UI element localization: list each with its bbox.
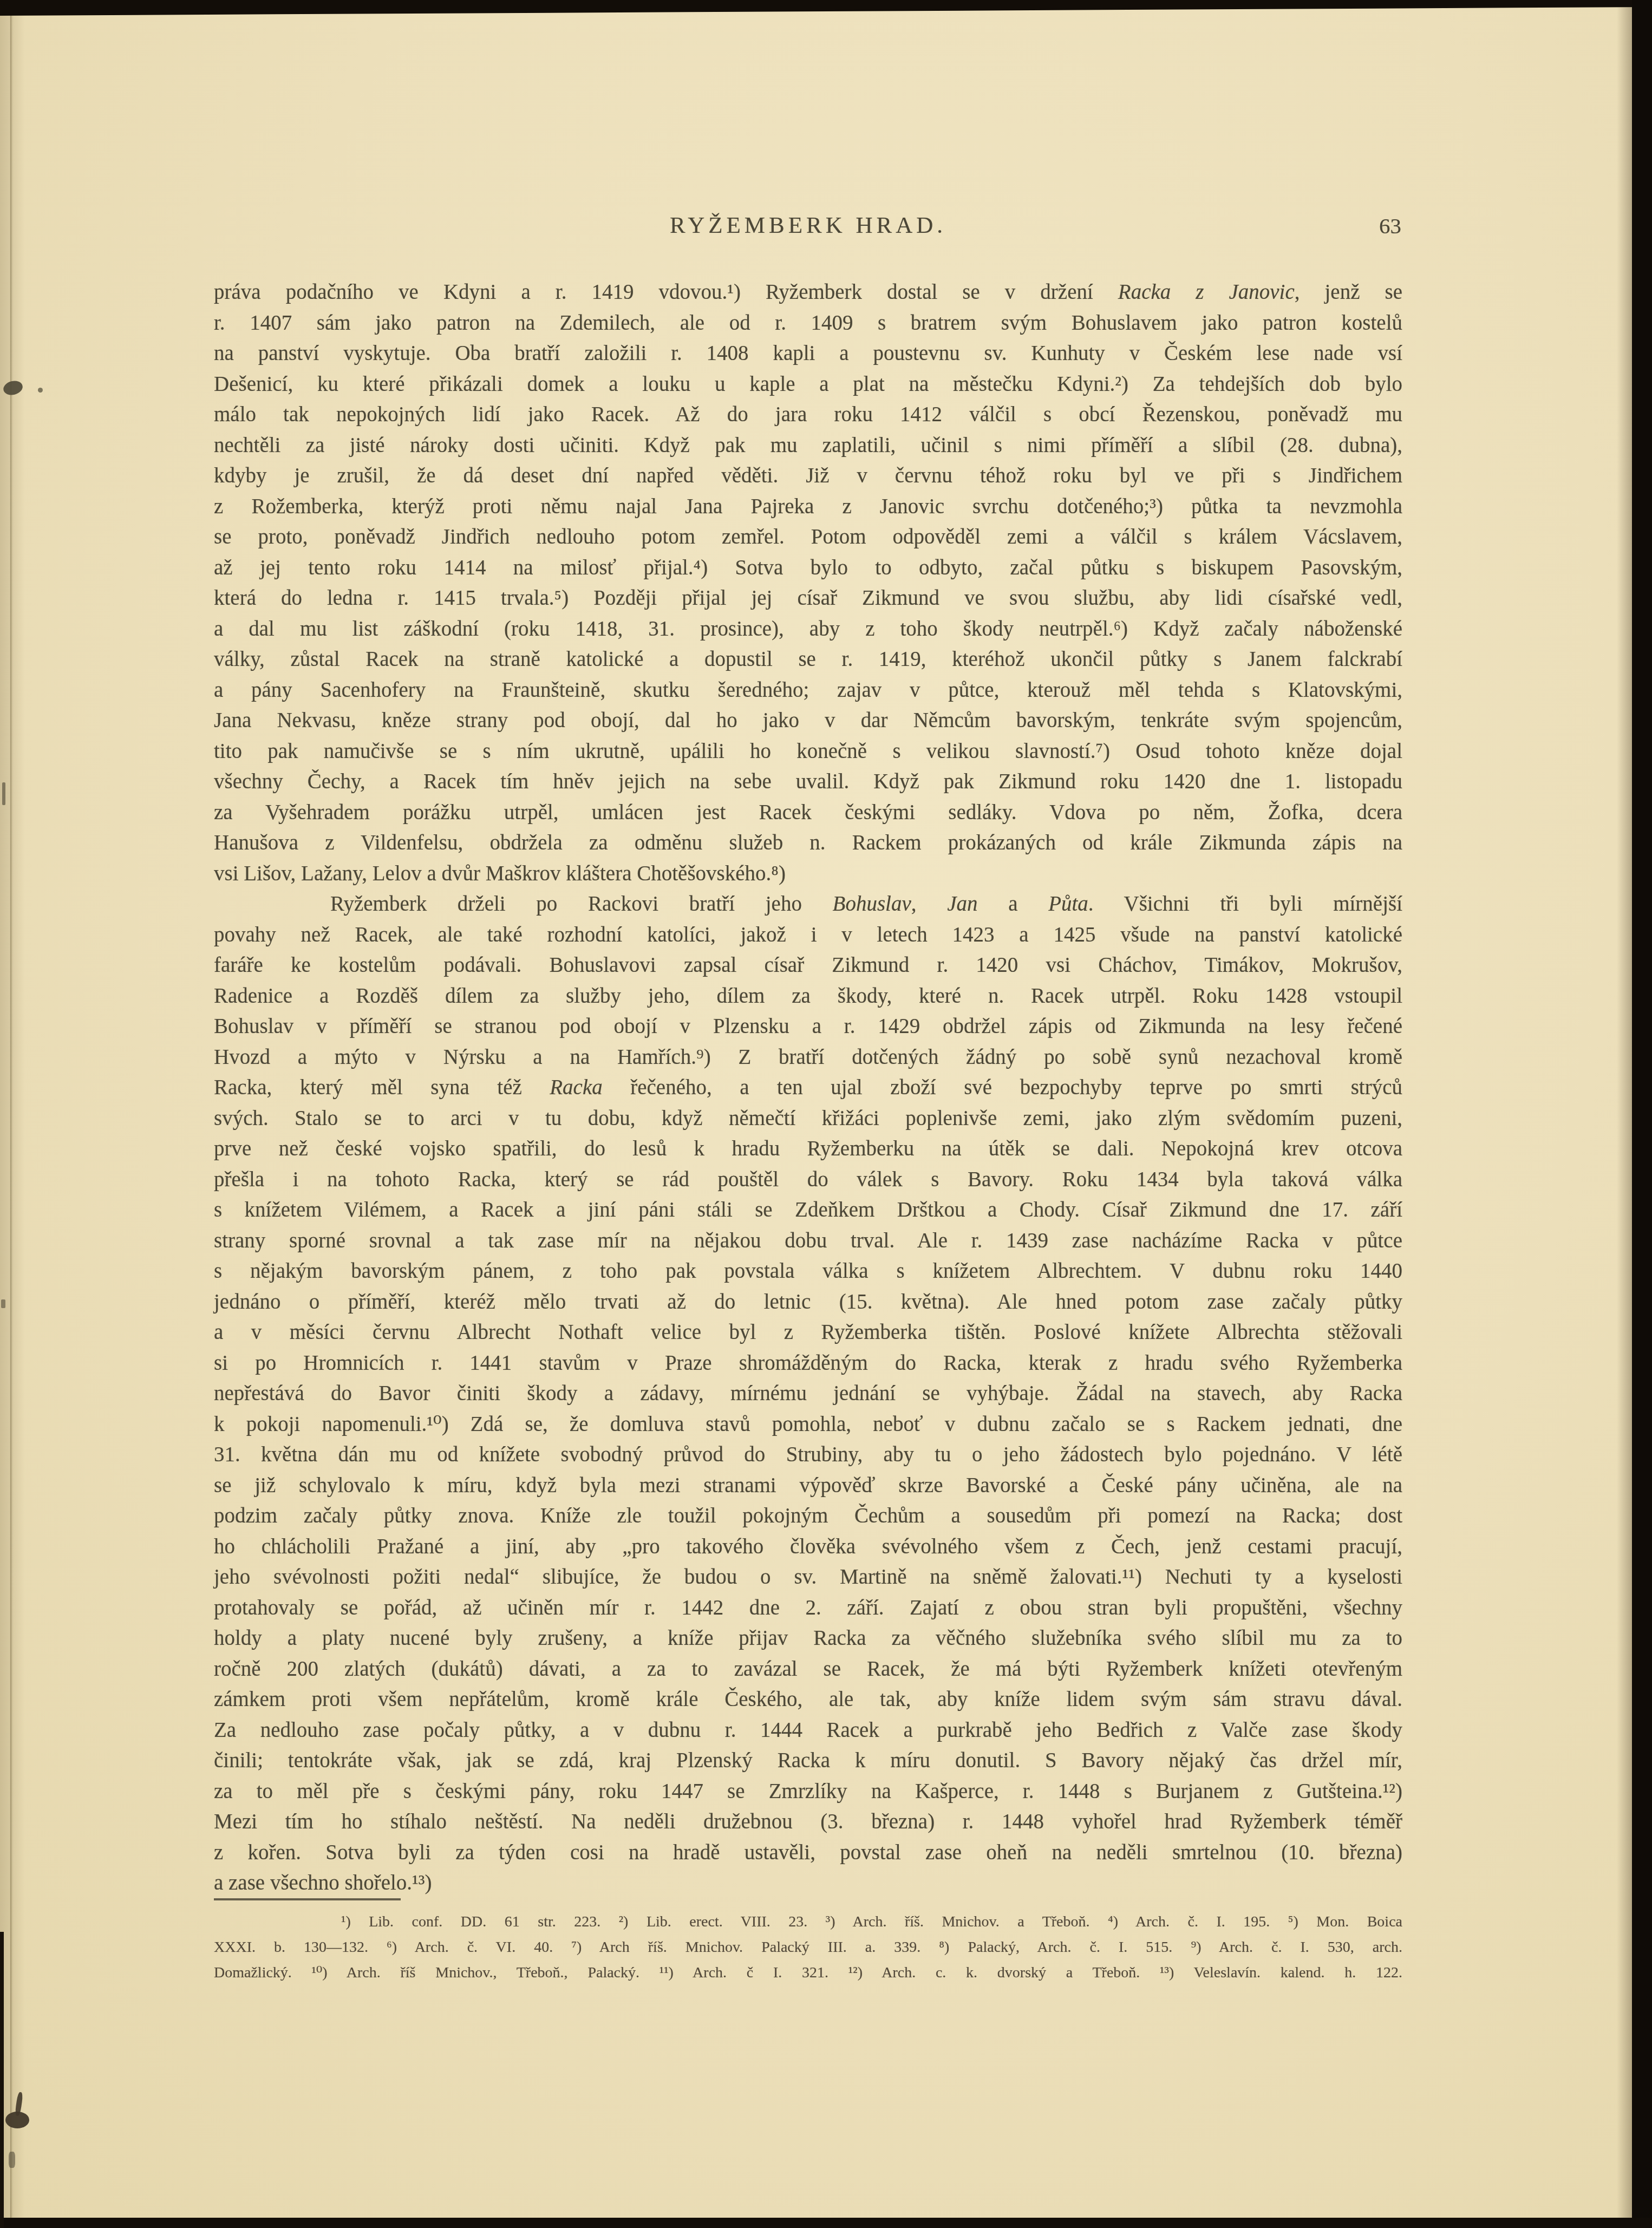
page-number: 63 bbox=[1379, 213, 1401, 239]
page-edge-shadow bbox=[1617, 0, 1632, 2228]
text-line: Ryžemberk drželi po Rackovi bratří jeho … bbox=[214, 889, 1402, 920]
text-line: jeho svévolnosti požiti nedal“ slibujíce… bbox=[214, 1562, 1402, 1593]
ink-spot bbox=[9, 2152, 15, 2168]
text-line: Racka, který měl syna též Racka řečeného… bbox=[214, 1073, 1402, 1103]
book-page: RYŽEMBERK HRAD. 63 práva podačního ve Kd… bbox=[0, 0, 1652, 2228]
text-line: zámkem proti všem nepřátelům, kromě král… bbox=[214, 1684, 1402, 1715]
scan-edge-left bbox=[0, 1932, 4, 2228]
text-line: si po Hromnicích r. 1441 stavům v Praze … bbox=[214, 1348, 1402, 1379]
text-line: holdy a platy nucené byly zrušeny, a kní… bbox=[214, 1623, 1402, 1654]
text-line: kdyby je zrušil, že dá deset dní napřed … bbox=[214, 461, 1402, 492]
text-line: Dešenicí, ku které přikázali domek a lou… bbox=[214, 369, 1402, 400]
text-line: strany sporné srovnal a tak zase mír na … bbox=[214, 1226, 1402, 1257]
text-line: nechtěli za jisté nároky dosti učiniti. … bbox=[214, 430, 1402, 461]
text-line: Hanušova z Vildenfelsu, obdržela za odmě… bbox=[214, 828, 1402, 859]
ink-spot bbox=[5, 2112, 29, 2128]
text-line: z Rožemberka, kterýž proti němu najal Ja… bbox=[214, 492, 1402, 522]
footnote-line: ¹) Lib. conf. DD. 61 str. 223. ²) Lib. e… bbox=[214, 1909, 1402, 1935]
text-line: vsi Lišov, Lažany, Lelov a dvůr Maškrov … bbox=[214, 859, 1402, 890]
text-line: s nějakým bavorským pánem, z toho pak po… bbox=[214, 1256, 1402, 1287]
text-line: a v měsíci červnu Albrecht Nothaft velic… bbox=[214, 1317, 1402, 1348]
text-line: a dal mu list záškodní (roku 1418, 31. p… bbox=[214, 614, 1402, 645]
text-line: na panství vyskytuje. Oba bratří založil… bbox=[214, 338, 1402, 369]
footnotes: ¹) Lib. conf. DD. 61 str. 223. ²) Lib. e… bbox=[214, 1909, 1402, 1985]
text-line: až jej tento roku 1414 na milosť přijal.… bbox=[214, 553, 1402, 584]
text-line: a zase všechno shořelo.¹³) bbox=[214, 1868, 1402, 1899]
footnote-line: XXXI. b. 130—132. ⁶) Arch. č. VI. 40. ⁷)… bbox=[214, 1935, 1402, 1960]
text-line: svých. Stalo se to arci v tu dobu, když … bbox=[214, 1103, 1402, 1134]
text-line: a pány Sacenhofery na Fraunšteině, skutk… bbox=[214, 675, 1402, 706]
text-line: málo tak nepokojných lidí jako Racek. Až… bbox=[214, 400, 1402, 430]
text-line: Mezi tím ho stíhalo neštěstí. Na neděli … bbox=[214, 1807, 1402, 1838]
binding-crease bbox=[0, 0, 25, 2228]
text-line: činili; tentokráte však, jak se zdá, kra… bbox=[214, 1746, 1402, 1776]
edge-mark bbox=[1, 1299, 5, 1308]
text-line: za to měl pře s českými pány, roku 1447 … bbox=[214, 1776, 1402, 1807]
ink-spot bbox=[38, 388, 43, 393]
text-line: jednáno o příměří, kteréž mělo trvati až… bbox=[214, 1287, 1402, 1318]
text-line: protahovaly se pořád, až učiněn mír r. 1… bbox=[214, 1593, 1402, 1624]
text-line: přešla i na tohoto Racka, který se rád p… bbox=[214, 1165, 1402, 1195]
text-line: Za nedlouho zase počaly půtky, a v dubnu… bbox=[214, 1715, 1402, 1746]
text-line: Radenice a Rozděš dílem za služby jeho, … bbox=[214, 981, 1402, 1012]
footnote-rule bbox=[214, 1898, 401, 1900]
scan-edge-bottom bbox=[0, 2218, 1652, 2228]
text-line: nepřestává do Bavor činiti škody a zádav… bbox=[214, 1378, 1402, 1409]
text-line: faráře ke kostelům podávali. Bohuslavovi… bbox=[214, 950, 1402, 981]
running-title: RYŽEMBERK HRAD. bbox=[214, 212, 1402, 239]
edge-mark bbox=[2, 782, 5, 805]
text-line: Bohuslav v příměří se stranou pod obojí … bbox=[214, 1011, 1402, 1042]
text-line: ročně 200 zlatých (dukátů) dávati, a za … bbox=[214, 1654, 1402, 1685]
text-line: se již schylovalo k míru, když byla mezi… bbox=[214, 1471, 1402, 1501]
text-line: všechny Čechy, a Racek tím hněv jejich n… bbox=[214, 767, 1402, 798]
text-line: povahy než Racek, ale také rozhodní kato… bbox=[214, 920, 1402, 951]
text-line: práva podačního ve Kdyni a r. 1419 vdovo… bbox=[214, 277, 1402, 308]
binding-crease-line bbox=[10, 14, 11, 2218]
text-line: k pokoji napomenuli.¹⁰) Zdá se, že domlu… bbox=[214, 1409, 1402, 1440]
text-line: války, zůstal Racek na straně katolické … bbox=[214, 644, 1402, 675]
text-line: ho chlácholili Pražané a jiní, aby „pro … bbox=[214, 1532, 1402, 1563]
text-line: se proto, poněvadž Jindřich nedlouho pot… bbox=[214, 522, 1402, 553]
footnote-line: Domažlický. ¹⁰) Arch. říš Mnichov., Třeb… bbox=[214, 1960, 1402, 1985]
scan-edge-right bbox=[1632, 0, 1652, 2228]
text-line: Jana Nekvasu, kněze strany pod obojí, da… bbox=[214, 705, 1402, 736]
text-line: r. 1407 sám jako patron na Zdemilech, al… bbox=[214, 308, 1402, 339]
scan-edge-top bbox=[0, 0, 1652, 16]
text-line: podzim začaly půtky znova. Kníže zle tou… bbox=[214, 1501, 1402, 1532]
text-line: s knížetem Vilémem, a Racek a jiní páni … bbox=[214, 1195, 1402, 1226]
text-line: která do ledna r. 1415 trvala.⁵) Později… bbox=[214, 583, 1402, 614]
text-line: za Vyšehradem porážku utrpěl, umlácen je… bbox=[214, 798, 1402, 828]
text-line: z kořen. Sotva byli za týden cosi na hra… bbox=[214, 1838, 1402, 1868]
body-text: práva podačního ve Kdyni a r. 1419 vdovo… bbox=[214, 277, 1402, 1899]
running-head: RYŽEMBERK HRAD. 63 bbox=[214, 212, 1402, 240]
text-line: 31. května dán mu od knížete svobodný pr… bbox=[214, 1440, 1402, 1471]
text-line: Hvozd a mýto v Nýrsku a na Hamřích.⁹) Z … bbox=[214, 1042, 1402, 1073]
text-line: tito pak namučivše se s ním ukrutně, upá… bbox=[214, 736, 1402, 767]
text-line: prve než české vojsko spatřili, do lesů … bbox=[214, 1134, 1402, 1165]
